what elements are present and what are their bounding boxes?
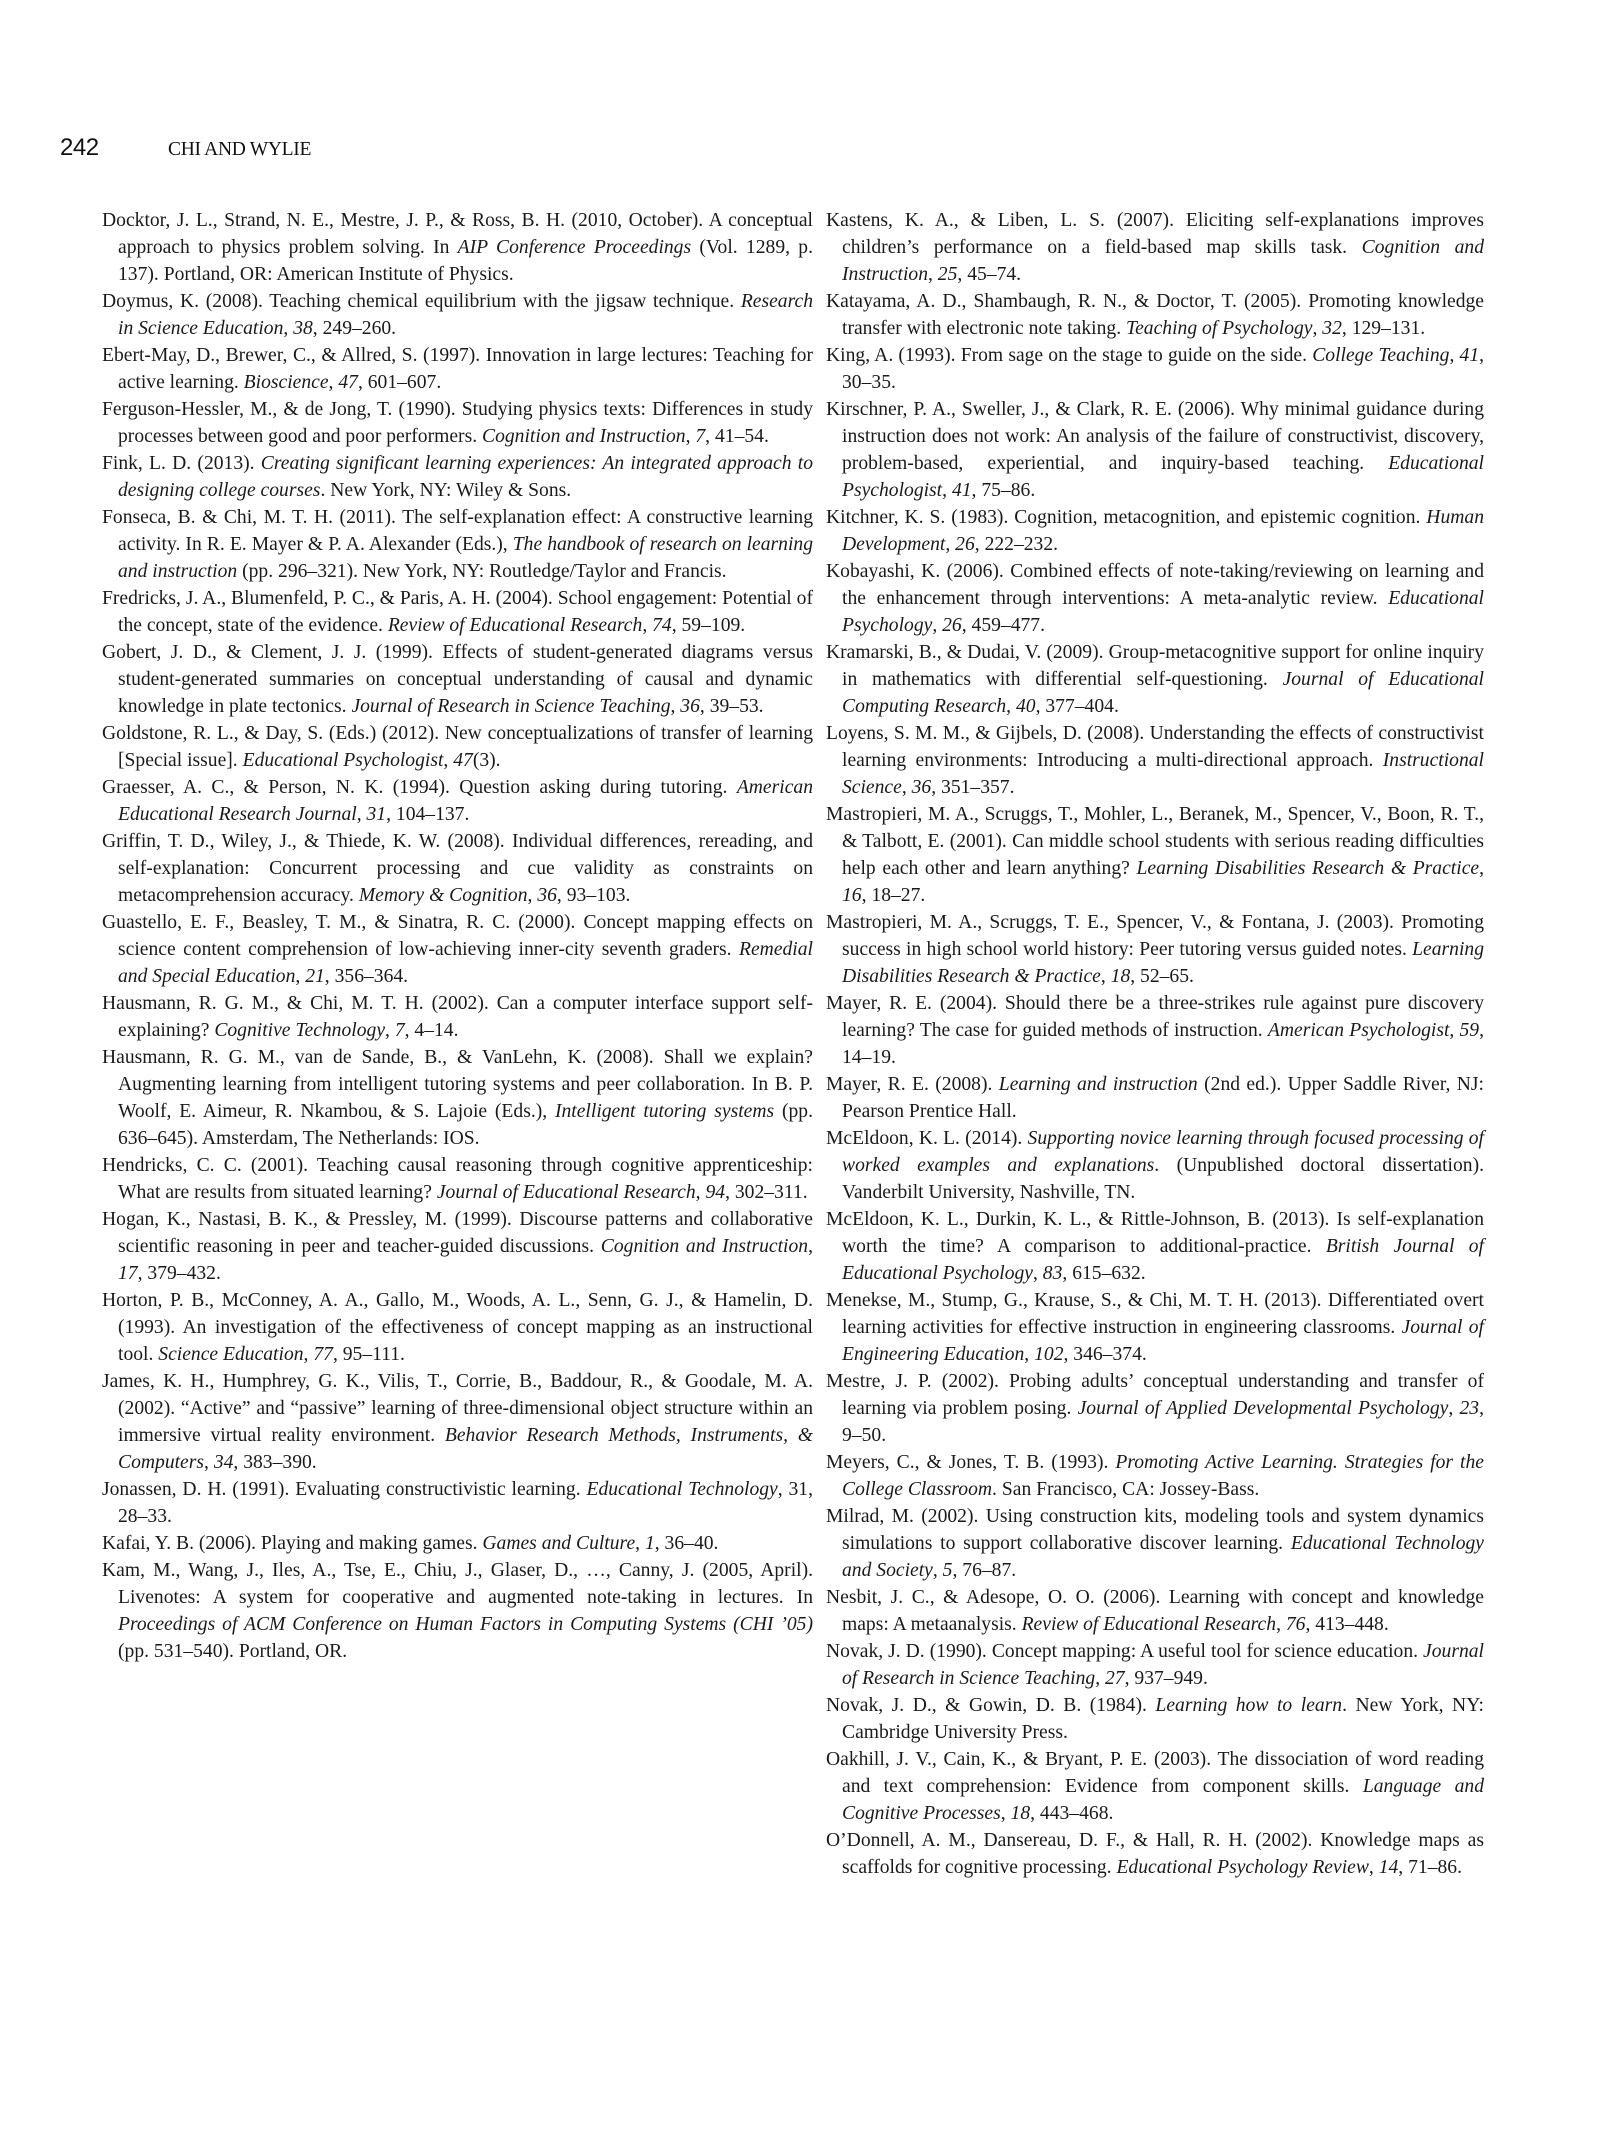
reference-text-segment: , 71–86. (1398, 1857, 1462, 1878)
reference-italic-segment: 59 (1460, 1020, 1480, 1041)
reference-text-segment: Kam, M., Wang, J., Iles, A., Tse, E., Ch… (102, 1560, 813, 1608)
reference-italic-segment: Review of Educational Research (1022, 1614, 1276, 1635)
reference-text-segment: , 59–109. (672, 615, 745, 636)
reference-text-segment: , 36–40. (655, 1533, 719, 1554)
page-header: 242 CHI AND WYLIE (60, 134, 311, 162)
reference-entry: Hausmann, R. G. M., & Chi, M. T. H. (200… (102, 990, 813, 1044)
reference-entry: Graesser, A. C., & Person, N. K. (1994).… (102, 774, 813, 828)
reference-italic-segment: Teaching of Psychology (1126, 318, 1312, 339)
reference-entry: Fink, L. D. (2013). Creating significant… (102, 450, 813, 504)
reference-text-segment: Mayer, R. E. (2008). (826, 1074, 999, 1095)
reference-italic-segment: 7 (395, 1020, 405, 1041)
reference-list-right-column: Kastens, K. A., & Liben, L. S. (2007). E… (826, 207, 1484, 1881)
reference-text-segment: , 45–74. (957, 264, 1021, 285)
reference-entry: Novak, J. D. (1990). Concept mapping: A … (826, 1638, 1484, 1692)
reference-text-segment: , 4–14. (405, 1020, 459, 1041)
reference-text-segment: , (385, 1020, 395, 1041)
reference-entry: Kitchner, K. S. (1983). Cognition, metac… (826, 504, 1484, 558)
reference-italic-segment: 34 (214, 1452, 234, 1473)
reference-text-segment: Menekse, M., Stump, G., Krause, S., & Ch… (826, 1290, 1484, 1338)
reference-italic-segment: College Teaching (1312, 345, 1449, 366)
reference-entry: Kobayashi, K. (2006). Combined effects o… (826, 558, 1484, 639)
reference-italic-segment: 18 (1011, 1803, 1031, 1824)
reference-entry: Kastens, K. A., & Liben, L. S. (2007). E… (826, 207, 1484, 288)
reference-italic-segment: 18 (1111, 966, 1131, 987)
reference-text-segment: McEldoon, K. L. (2014). (826, 1128, 1028, 1149)
reference-entry: Novak, J. D., & Gowin, D. B. (1984). Lea… (826, 1692, 1484, 1746)
reference-italic-segment: 38 (293, 318, 313, 339)
reference-text-segment: , (1033, 1263, 1043, 1284)
reference-italic-segment: Educational Technology (586, 1479, 777, 1500)
reference-text-segment: , 129–131. (1342, 318, 1425, 339)
reference-italic-segment: 36 (912, 777, 932, 798)
reference-text-segment: , 615–632. (1062, 1263, 1145, 1284)
reference-entry: Guastello, E. F., Beasley, T. M., & Sina… (102, 909, 813, 990)
reference-italic-segment: Proceedings of ACM Conference on Human F… (118, 1614, 813, 1635)
reference-text-segment: , 379–432. (138, 1263, 221, 1284)
reference-text-segment: , 302–311. (725, 1182, 808, 1203)
reference-text-segment: , 249–260. (313, 318, 396, 339)
reference-entry: Hausmann, R. G. M., van de Sande, B., & … (102, 1044, 813, 1152)
reference-italic-segment: 74 (652, 615, 672, 636)
reference-text-segment: , (945, 534, 955, 555)
reference-italic-segment: 21 (305, 966, 325, 987)
reference-entry: Menekse, M., Stump, G., Krause, S., & Ch… (826, 1287, 1484, 1368)
reference-entry: Ebert-May, D., Brewer, C., & Allred, S. … (102, 342, 813, 396)
reference-entry: Goldstone, R. L., & Day, S. (Eds.) (2012… (102, 720, 813, 774)
running-head: CHI AND WYLIE (168, 139, 311, 161)
reference-text-segment: King, A. (1993). From sage on the stage … (826, 345, 1312, 366)
reference-italic-segment: 31 (367, 804, 387, 825)
reference-entry: McEldoon, K. L. (2014). Supporting novic… (826, 1125, 1484, 1206)
reference-text-segment: , 52–65. (1130, 966, 1194, 987)
reference-entry: Mayer, R. E. (2008). Learning and instru… (826, 1071, 1484, 1125)
reference-italic-segment: Cognitive Technology (214, 1020, 385, 1041)
reference-text-segment: Meyers, C., & Jones, T. B. (1993). (826, 1452, 1115, 1473)
reference-text-segment: , (942, 480, 952, 501)
reference-text-segment: , (295, 966, 305, 987)
reference-italic-segment: 47 (453, 750, 473, 771)
reference-text-segment: , 93–103. (557, 885, 630, 906)
reference-entry: Kafai, Y. B. (2006). Playing and making … (102, 1530, 813, 1557)
reference-italic-segment: 23 (1460, 1398, 1480, 1419)
reference-italic-segment: 32 (1322, 318, 1342, 339)
reference-text-segment: , (304, 1344, 314, 1365)
reference-italic-segment: Learning how to learn (1155, 1695, 1342, 1716)
reference-text-segment: , (696, 1182, 706, 1203)
reference-italic-segment: Educational Psychology Review (1116, 1857, 1368, 1878)
reference-text-segment: , (642, 615, 652, 636)
reference-text-segment: , (1448, 1398, 1459, 1419)
reference-text-segment: , 76–87. (952, 1560, 1016, 1581)
reference-text-segment: , (686, 426, 696, 447)
reference-text-segment: (pp. 531–540). Portland, OR. (118, 1641, 347, 1662)
reference-entry: Nesbit, J. C., & Adesope, O. O. (2006). … (826, 1584, 1484, 1638)
reference-text-segment: . San Francisco, CA: Jossey-Bass. (992, 1479, 1259, 1500)
reference-italic-segment: 36 (680, 696, 700, 717)
reference-italic-segment: AIP Conference Proceedings (458, 237, 691, 258)
reference-text-segment: , 383–390. (233, 1452, 316, 1473)
reference-text-segment: . New York, NY: Wiley & Sons. (320, 480, 571, 501)
reference-entry: Fredricks, J. A., Blumenfeld, P. C., & P… (102, 585, 813, 639)
reference-text-segment: , (329, 372, 339, 393)
reference-italic-segment: Journal of Applied Developmental Psychol… (1078, 1398, 1449, 1419)
reference-text-segment: Guastello, E. F., Beasley, T. M., & Sina… (102, 912, 813, 960)
reference-italic-segment: 77 (313, 1344, 333, 1365)
reference-italic-segment: Educational Psychologist (243, 750, 444, 771)
reference-text-segment: , (1313, 318, 1323, 339)
page-number: 242 (60, 134, 168, 162)
reference-entry: Doymus, K. (2008). Teaching chemical equ… (102, 288, 813, 342)
reference-italic-segment: 7 (695, 426, 705, 447)
reference-text-segment: Novak, J. D. (1990). Concept mapping: A … (826, 1641, 1423, 1662)
reference-text-segment: , (443, 750, 453, 771)
reference-text-segment: Ebert-May, D., Brewer, C., & Allred, S. … (102, 345, 813, 393)
reference-text-segment: , 104–137. (386, 804, 469, 825)
reference-entry: Mayer, R. E. (2004). Should there be a t… (826, 990, 1484, 1071)
reference-text-segment: , (1479, 858, 1484, 879)
reference-text-segment: , (808, 1236, 813, 1257)
reference-text-segment: , (1024, 1344, 1034, 1365)
reference-list-left-column: Docktor, J. L., Strand, N. E., Mestre, J… (102, 207, 813, 1665)
reference-italic-segment: 40 (1016, 696, 1036, 717)
reference-entry: Kam, M., Wang, J., Iles, A., Tse, E., Ch… (102, 1557, 813, 1665)
reference-entry: Meyers, C., & Jones, T. B. (1993). Promo… (826, 1449, 1484, 1503)
reference-text-segment: Kitchner, K. S. (1983). Cognition, metac… (826, 507, 1426, 528)
reference-text-segment: , 443–468. (1030, 1803, 1113, 1824)
reference-italic-segment: 47 (338, 372, 358, 393)
reference-italic-segment: 36 (537, 885, 557, 906)
reference-entry: Kirschner, P. A., Sweller, J., & Clark, … (826, 396, 1484, 504)
reference-italic-segment: Journal of Educational Research (437, 1182, 696, 1203)
reference-text-segment: , (283, 318, 293, 339)
reference-text-segment: Kafai, Y. B. (2006). Playing and making … (102, 1533, 482, 1554)
reference-entry: Griffin, T. D., Wiley, J., & Thiede, K. … (102, 828, 813, 909)
reference-italic-segment: Memory & Cognition (359, 885, 528, 906)
reference-text-segment: , (928, 264, 938, 285)
reference-entry: Katayama, A. D., Shambaugh, R. N., & Doc… (826, 288, 1484, 342)
reference-entry: Hogan, K., Nastasi, B. K., & Pressley, M… (102, 1206, 813, 1287)
reference-entry: Horton, P. B., McConney, A. A., Gallo, M… (102, 1287, 813, 1368)
reference-text-segment: , (1001, 1803, 1011, 1824)
reference-entry: Loyens, S. M. M., & Gijbels, D. (2008). … (826, 720, 1484, 801)
reference-text-segment: , (902, 777, 912, 798)
reference-entry: Kramarski, B., & Dudai, V. (2009). Group… (826, 639, 1484, 720)
reference-italic-segment: Learning Disabilities Research & Practic… (1137, 858, 1480, 879)
reference-text-segment: Jonassen, D. H. (1991). Evaluating const… (102, 1479, 586, 1500)
reference-italic-segment: 25 (938, 264, 958, 285)
reference-text-segment: , (1449, 1020, 1459, 1041)
reference-italic-segment: American Psychologist (1268, 1020, 1450, 1041)
reference-text-segment: , 351–357. (931, 777, 1014, 798)
reference-text-segment: , 39–53. (700, 696, 764, 717)
reference-italic-segment: 1 (645, 1533, 655, 1554)
reference-text-segment: , 601–607. (358, 372, 441, 393)
reference-text-segment: , 222–232. (975, 534, 1058, 555)
reference-italic-segment: 16 (842, 885, 862, 906)
reference-text-segment: , 41–54. (705, 426, 769, 447)
reference-text-segment: , (1449, 345, 1459, 366)
reference-entry: James, K. H., Humphrey, G. K., Vilis, T.… (102, 1368, 813, 1476)
reference-italic-segment: Journal of Research in Science Teaching (351, 696, 670, 717)
reference-text-segment: Mastropieri, M. A., Scruggs, T. E., Spen… (826, 912, 1484, 960)
reference-entry: King, A. (1993). From sage on the stage … (826, 342, 1484, 396)
reference-italic-segment: Games and Culture (482, 1533, 635, 1554)
reference-italic-segment: 76 (1286, 1614, 1306, 1635)
reference-text-segment: , 377–404. (1036, 696, 1119, 717)
reference-italic-segment: 102 (1034, 1344, 1063, 1365)
reference-text-segment: (pp. 296–321). New York, NY: Routledge/T… (237, 561, 726, 582)
reference-entry: Mastropieri, M. A., Scruggs, T., Mohler,… (826, 801, 1484, 909)
reference-italic-segment: 17 (118, 1263, 138, 1284)
reference-entry: Mastropieri, M. A., Scruggs, T. E., Spen… (826, 909, 1484, 990)
reference-text-segment: , 95–111. (333, 1344, 405, 1365)
reference-entry: Fonseca, B. & Chi, M. T. H. (2011). The … (102, 504, 813, 585)
reference-entry: Gobert, J. D., & Clement, J. J. (1999). … (102, 639, 813, 720)
reference-entry: O’Donnell, A. M., Dansereau, D. F., & Ha… (826, 1827, 1484, 1881)
reference-text-segment: Novak, J. D., & Gowin, D. B. (1984). (826, 1695, 1155, 1716)
reference-entry: McEldoon, K. L., Durkin, K. L., & Rittle… (826, 1206, 1484, 1287)
reference-text-segment: , (357, 804, 367, 825)
reference-italic-segment: 41 (952, 480, 972, 501)
reference-text-segment: (3). (473, 750, 501, 771)
reference-text-segment: , 75–86. (972, 480, 1036, 501)
reference-italic-segment: Bioscience (244, 372, 329, 393)
reference-text-segment: , (671, 696, 681, 717)
reference-text-segment: Kobayashi, K. (2006). Combined effects o… (826, 561, 1484, 609)
reference-text-segment: , (1276, 1614, 1286, 1635)
reference-italic-segment: Learning and instruction (999, 1074, 1198, 1095)
reference-italic-segment: 26 (942, 615, 962, 636)
reference-text-segment: , (1095, 1668, 1105, 1689)
reference-text-segment: , (635, 1533, 645, 1554)
reference-text-segment: , 459–477. (962, 615, 1045, 636)
reference-entry: Mestre, J. P. (2002). Probing adults’ co… (826, 1368, 1484, 1449)
reference-text-segment: , (204, 1452, 214, 1473)
reference-italic-segment: 94 (705, 1182, 725, 1203)
reference-italic-segment: 27 (1105, 1668, 1125, 1689)
reference-italic-segment: 41 (1460, 345, 1480, 366)
reference-text-segment: , (932, 615, 942, 636)
reference-italic-segment: Cognition and Instruction (601, 1236, 808, 1257)
reference-text-segment: Fink, L. D. (2013). (102, 453, 261, 474)
reference-italic-segment: Intelligent tutoring systems (555, 1101, 774, 1122)
reference-text-segment: Doymus, K. (2008). Teaching chemical equ… (102, 291, 741, 312)
reference-text-segment: , 18–27. (862, 885, 926, 906)
reference-text-segment: , (933, 1560, 943, 1581)
reference-italic-segment: 26 (955, 534, 975, 555)
reference-text-segment: , 413–448. (1305, 1614, 1388, 1635)
reference-entry: Ferguson-Hessler, M., & de Jong, T. (199… (102, 396, 813, 450)
reference-entry: Docktor, J. L., Strand, N. E., Mestre, J… (102, 207, 813, 288)
reference-text-segment: , (528, 885, 538, 906)
reference-text-segment: , 346–374. (1063, 1344, 1146, 1365)
reference-text-segment: , 356–364. (325, 966, 408, 987)
reference-text-segment: , (1369, 1857, 1379, 1878)
reference-italic-segment: Cognition and Instruction (482, 426, 686, 447)
reference-text-segment: Kirschner, P. A., Sweller, J., & Clark, … (826, 399, 1484, 474)
reference-italic-segment: 5 (943, 1560, 953, 1581)
reference-entry: Milrad, M. (2002). Using construction ki… (826, 1503, 1484, 1584)
reference-entry: Hendricks, C. C. (2001). Teaching causal… (102, 1152, 813, 1206)
reference-italic-segment: 14 (1379, 1857, 1399, 1878)
reference-text-segment: , (1101, 966, 1111, 987)
reference-entry: Jonassen, D. H. (1991). Evaluating const… (102, 1476, 813, 1530)
reference-italic-segment: Science Education (158, 1344, 303, 1365)
reference-entry: Oakhill, J. V., Cain, K., & Bryant, P. E… (826, 1746, 1484, 1827)
reference-italic-segment: 83 (1043, 1263, 1063, 1284)
reference-italic-segment: Review of Educational Research (388, 615, 642, 636)
reference-text-segment: , (1006, 696, 1016, 717)
reference-text-segment: Graesser, A. C., & Person, N. K. (1994).… (102, 777, 737, 798)
reference-text-segment: , 937–949. (1125, 1668, 1208, 1689)
